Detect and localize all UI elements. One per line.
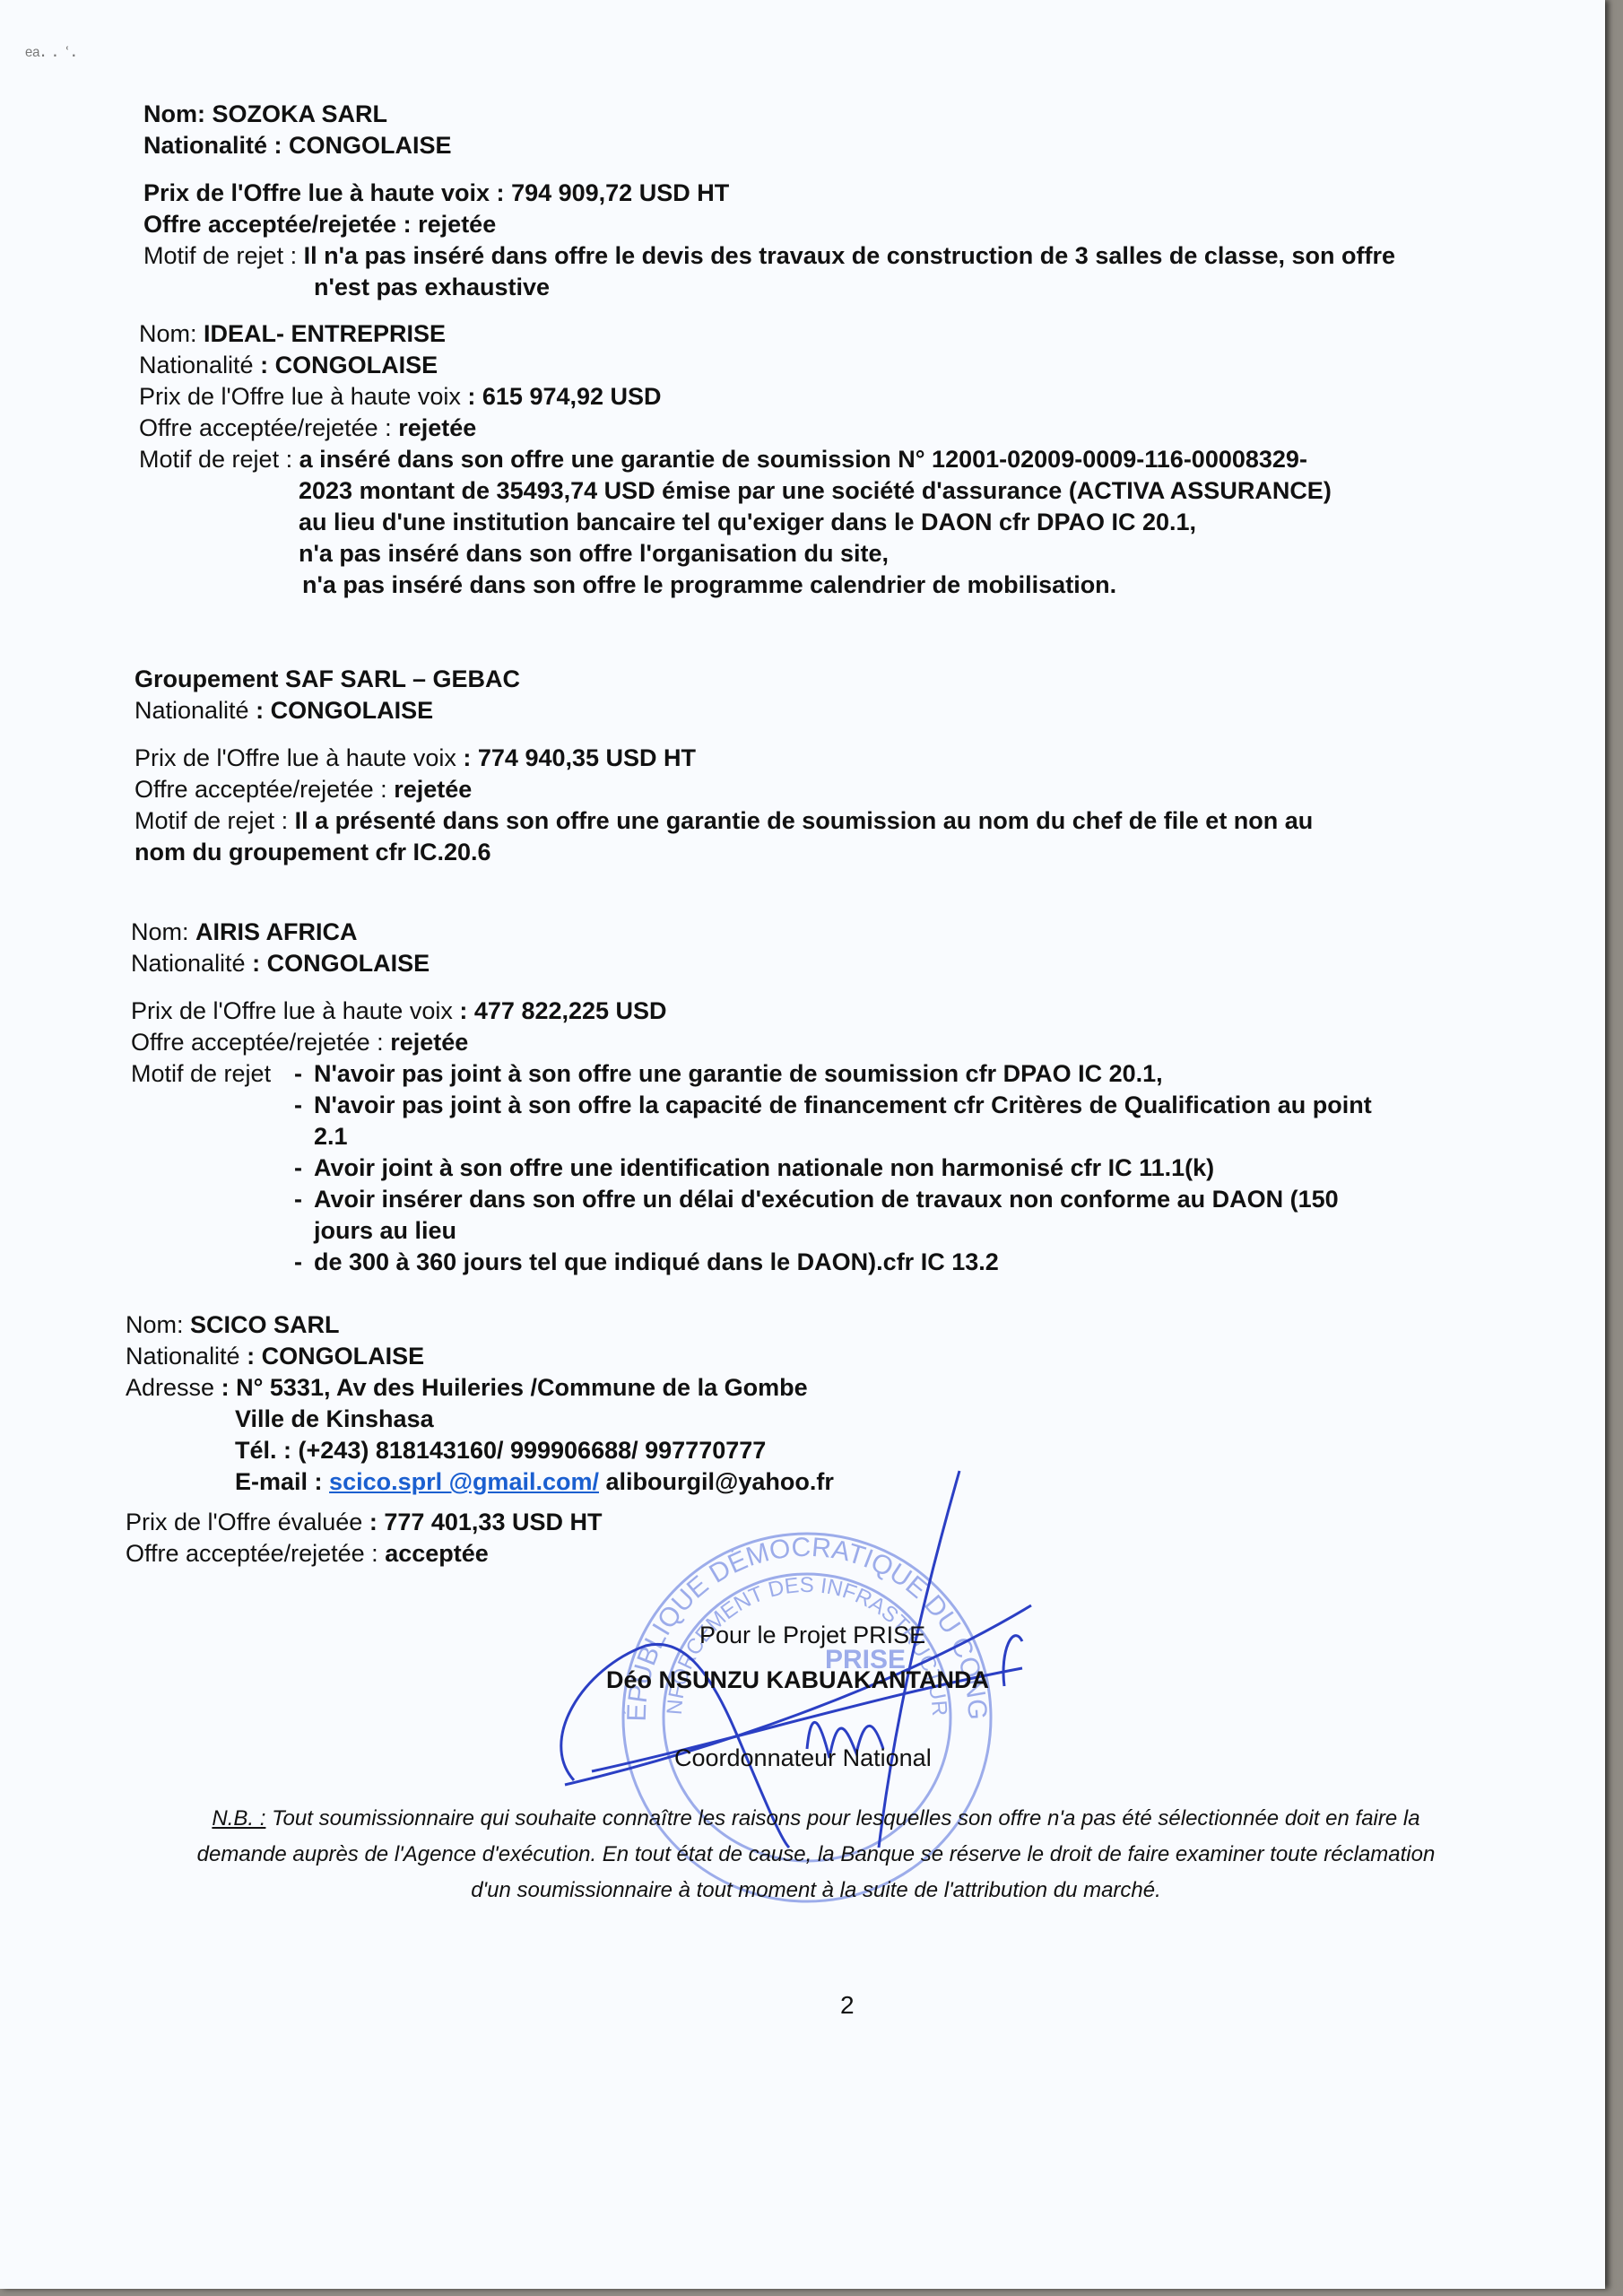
document-page: ᵉᵃ· · ʿ· Nom: SOZOKA SARL Nationalité : …	[0, 0, 1605, 2289]
footnote-line: demande auprès de l'Agence d'exécution. …	[126, 1837, 1506, 1873]
bidder-status-line: Offre acceptée/rejetée : rejetée	[131, 1027, 1623, 1058]
bidder-phone-line: Tél. : (+243) 818143160/ 999906688/ 9977…	[126, 1435, 1623, 1466]
bidder-price-line: Prix de l'Offre lue à haute voix : 794 9…	[143, 178, 1623, 209]
motif-label: Motif de rejet	[131, 1058, 294, 1278]
bidder-motif-continuation: nom du groupement cfr IC.20.6	[135, 837, 1623, 868]
bidder-status-line: Offre acceptée/rejetée : acceptée	[126, 1538, 1623, 1570]
bidder-name-line: Nom: SCICO SARL	[126, 1309, 1623, 1341]
motif-bullets: -N'avoir pas joint à son offre une garan…	[294, 1058, 1397, 1278]
footnote-line: d'un soumissionnaire à tout moment à la …	[126, 1873, 1506, 1909]
bidder-price-line: Prix de l'Offre lue à haute voix : 477 8…	[131, 996, 1623, 1027]
bidder-nationality-line: Nationalité : CONGOLAISE	[135, 695, 1623, 726]
signatory-title: Coordonnateur National	[674, 1744, 932, 1772]
bidder-address-line: Adresse : N° 5331, Av des Huileries /Com…	[126, 1372, 1623, 1404]
bidder-airis-africa: Nom: AIRIS AFRICA Nationalité : CONGOLAI…	[131, 917, 1623, 1278]
bidder-nationality-line: Nationalité : CONGOLAISE	[139, 350, 1623, 381]
signatory-name: Déo NSUNZU KABUAKANTANDA	[606, 1666, 989, 1694]
bidder-scico-sarl: Nom: SCICO SARL Nationalité : CONGOLAISE…	[126, 1309, 1623, 1570]
bidder-sozoka: Nom: SOZOKA SARL Nationalité : CONGOLAIS…	[143, 99, 1623, 303]
bidder-city-line: Ville de Kinshasa	[126, 1404, 1623, 1435]
email-link[interactable]: scico.sprl @gmail.com/	[329, 1468, 599, 1495]
bidder-motif-line: Motif de rejet : Il n'a pas inséré dans …	[143, 240, 1623, 272]
scan-artifact: ᵉᵃ· · ʿ·	[25, 43, 77, 66]
bidder-name-line: Nom: SOZOKA SARL	[143, 99, 1623, 130]
bidder-motif-continuation: n'est pas exhaustive	[143, 272, 1623, 303]
bidder-ideal-entreprise: Nom: IDEAL- ENTREPRISE Nationalité : CON…	[139, 318, 1623, 601]
bidder-name-line: Groupement SAF SARL – GEBAC	[135, 664, 1623, 695]
bidder-price-line: Prix de l'Offre évaluée : 777 401,33 USD…	[126, 1507, 1623, 1538]
footnote-prefix: N.B. :	[212, 1806, 265, 1831]
email-text: alibourgil@yahoo.fr	[606, 1468, 834, 1495]
bidder-motif-continuation: au lieu d'une institution bancaire tel q…	[139, 507, 1623, 538]
bidder-name-line: Nom: IDEAL- ENTREPRISE	[139, 318, 1623, 350]
bidder-nationality-line: Nationalité : CONGOLAISE	[131, 948, 1623, 979]
bidder-status-line: Offre acceptée/rejetée : rejetée	[135, 774, 1623, 805]
bidder-status-line: Offre acceptée/rejetée : rejetée	[143, 209, 1623, 240]
bidder-motif-continuation: 2023 montant de 35493,74 USD émise par u…	[139, 475, 1623, 507]
bidder-motif-continuation: n'a pas inséré dans son offre l'organisa…	[139, 538, 1623, 570]
bidder-nationality-line: Nationalité : CONGOLAISE	[143, 130, 1623, 161]
bidder-motif-line: Motif de rejet : a inséré dans son offre…	[139, 444, 1623, 475]
bidder-email-line: E-mail : scico.sprl @gmail.com/ alibourg…	[126, 1466, 1623, 1498]
motif-bullet: -N'avoir pas joint à son offre une garan…	[294, 1058, 1397, 1090]
bidder-motif-continuation: n'a pas inséré dans son offre le program…	[139, 570, 1623, 601]
motif-bullet: -Avoir insérer dans son offre un délai d…	[294, 1184, 1397, 1247]
motif-bullet: -Avoir joint à son offre une identificat…	[294, 1152, 1397, 1184]
footnote-line: N.B. : Tout soumissionnaire qui souhaite…	[126, 1801, 1506, 1837]
signatory-for-line: Pour le Projet PRISE	[699, 1622, 925, 1649]
bidder-name-line: Nom: AIRIS AFRICA	[131, 917, 1623, 948]
bidder-saf-gebac: Groupement SAF SARL – GEBAC Nationalité …	[135, 664, 1623, 868]
bidder-nationality-line: Nationalité : CONGOLAISE	[126, 1341, 1623, 1372]
bidder-price-line: Prix de l'Offre lue à haute voix : 774 9…	[135, 743, 1623, 774]
page-number: 2	[840, 1991, 855, 2020]
bidder-status-line: Offre acceptée/rejetée : rejetée	[139, 413, 1623, 444]
bidder-motif-line: Motif de rejet : Il a présenté dans son …	[135, 805, 1623, 837]
bidder-price-line: Prix de l'Offre lue à haute voix : 615 9…	[139, 381, 1623, 413]
bidder-motif-list: Motif de rejet -N'avoir pas joint à son …	[131, 1058, 1623, 1278]
footnote: N.B. : Tout soumissionnaire qui souhaite…	[126, 1801, 1506, 1909]
motif-bullet: -N'avoir pas joint à son offre la capaci…	[294, 1090, 1397, 1152]
motif-bullet: -de 300 à 360 jours tel que indiqué dans…	[294, 1247, 1397, 1278]
